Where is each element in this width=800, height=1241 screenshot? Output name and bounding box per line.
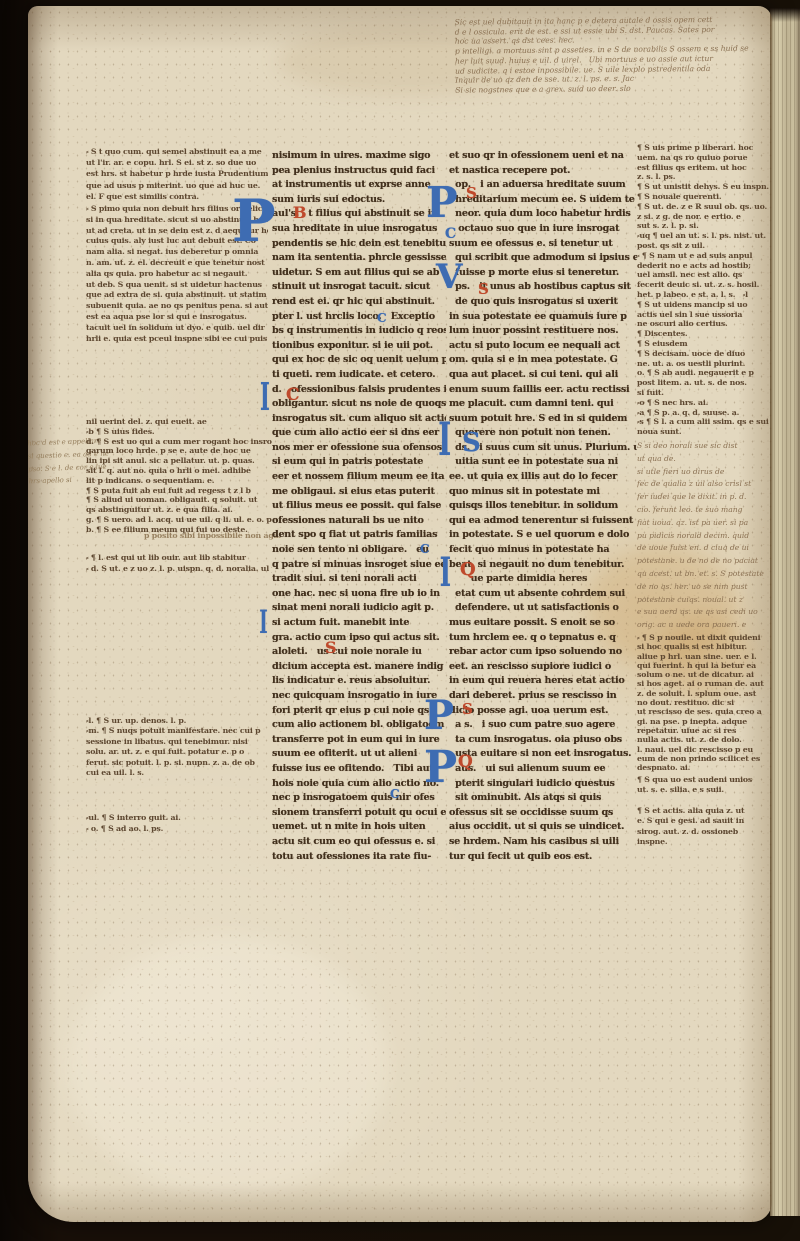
text-line: d. ¶ S est uo qui a cum mer rogant hoc i…: [86, 437, 272, 447]
text-line: si utle fieri uo dirus de: [637, 466, 772, 479]
text-line: est hrs. st habetur p hrde iusta Prudent…: [86, 168, 268, 179]
text-line: ⸗ o. ¶ S ad ao. l. ps.: [86, 824, 246, 835]
text-line: de uoue fuist en. d ciuq de ui: [637, 542, 772, 555]
text-line: sessione in libatus. qui tenebimur. nisi: [86, 737, 272, 747]
text-line: eum de non prindo scilicet es: [637, 754, 772, 763]
text-line: me placuit. cum damni teni. qui: [449, 397, 637, 412]
text-line: aliue p hrl. uan sine. uer. e l.: [637, 652, 772, 661]
text-line: ⸗b ¶ S uius fides.: [86, 427, 272, 437]
text-line: sinat meni norali iudicio agit p.: [272, 601, 446, 616]
text-line: ⸗ ¶ S nam ut e ad suis anpul: [637, 251, 772, 261]
text-line: nec p insrogatoem quis nir ofes: [272, 791, 446, 806]
text-line: solu. ar. ut. z. e qui fuit. potatur e. …: [86, 747, 272, 757]
text-line: despnato. ai.: [637, 763, 772, 772]
main-column-2: et suo qr in ofessionem ueni et naet nas…: [449, 149, 637, 867]
text-line: hreditarium mecum ee. S uidem te: [449, 193, 637, 208]
text-line: cio. ferunt leo. te suo mang: [637, 504, 772, 517]
text-line: sit ominubit. Als atqs si quis: [449, 791, 637, 806]
text-line: o. ¶ S ab audi. negauerit e p: [637, 368, 772, 378]
text-line: ne oscuri alio certius.: [637, 319, 772, 329]
text-line: suum potuit hre. S ed in si quidem: [449, 412, 637, 427]
text-line: ¶ S et actis. alia quia z. ut: [637, 806, 772, 816]
text-line: ⸗s ¶ S l. a cum alii ssim. qs e sui: [637, 417, 772, 427]
initial-C-col2: C: [445, 227, 456, 241]
parchment-page: Sic est uel dubitauit in ita hanc p e de…: [28, 6, 772, 1222]
text-line: nam ita sententia. phrcle gessisse: [272, 251, 446, 266]
text-line: potestane. u de no de no paciat: [637, 555, 772, 568]
text-line: fori pterit qr eius p cui noie qs: [272, 704, 446, 719]
text-line: ¶ S decisam. uoce de diuo: [637, 349, 772, 359]
text-line: quo minus sit in potestate mi: [449, 485, 637, 500]
text-line: stinuit ut insrogat tacuit. sicut: [272, 280, 446, 295]
initial-S2-col2: S: [478, 282, 489, 297]
text-line: orig. ac u uede ora paueri. e: [637, 619, 772, 632]
text-line: pendentis se hic dein est tenebitur.: [272, 237, 446, 252]
text-line: ut rescisso de ses. quia creo a: [637, 707, 772, 716]
initial-S3-col2: S: [462, 702, 473, 717]
text-line: z si. z g. de nor. e ertio. e: [637, 212, 772, 222]
text-line: ⸗o ¶ S nec hrs. ai.: [637, 398, 772, 408]
text-line: eer et nossem filium meum ee ita: [272, 470, 446, 485]
initial-S-ornate-col2: S: [462, 430, 481, 456]
text-line: ¶ S qua uo est audeni unios: [637, 775, 772, 785]
text-line: uidetur. S em aut filius qui se ab: [272, 266, 446, 281]
text-line: ⸗a ¶ S p. a. q. d. suuse. a.: [637, 408, 772, 418]
initial-Q2-col2: Q: [458, 754, 473, 771]
text-line: fuisse ius ee ofitendo. Tibi aut: [272, 762, 446, 777]
text-line: transferre pot in eum qui in iure: [272, 733, 446, 748]
text-line: ¶ S ut uidens mancip si uo: [637, 300, 772, 310]
text-line: de no qs. her. uo se nim pust: [637, 581, 772, 594]
text-line: ti queti. rem iudicate. et cetero.: [272, 368, 446, 383]
text-line: dicio posse agi. uoa uerum est.: [449, 704, 637, 719]
text-line: nec quicquam insrogatio in iure: [272, 689, 446, 704]
text-line: ut deb. S qua uenit. si st uidetur hacte…: [86, 280, 268, 291]
text-line: e. S qui e gesi. ad sauit in: [637, 816, 772, 826]
text-line: quisqs illos tenebitur. in solidum: [449, 499, 637, 514]
text-line: ee. ut quia ex illis aut do lo fecer: [449, 470, 637, 485]
paraph-col1-1: C: [377, 312, 387, 324]
text-line: ne. ut. a. os uestli plurint.: [637, 359, 772, 369]
text-line: sionem transferri potuit qu ocui e: [272, 806, 446, 821]
text-line: suum ee ofiterit. ut ut alieni: [272, 747, 446, 762]
text-line: dari deberet. prius se rescisso in: [449, 689, 637, 704]
right-gloss-cursive: S si deo norali sue sic distut qua de.si…: [637, 440, 772, 634]
text-line: ⸗m. ¶ S nuqs potuit manifestare. nec cui…: [86, 726, 272, 736]
text-line: z. de soluit. l. splum oue. ast: [637, 689, 772, 698]
text-line: tum hrclem ee. q o tepnatus e. q: [449, 631, 637, 646]
text-line: fer iudei que le dixit. in p. d.: [637, 491, 772, 504]
right-gloss-bottom: ¶ S et actis. alia quia z. ute. S qui e …: [637, 806, 772, 850]
text-line: octauo suo que in iure insrogat: [449, 222, 637, 237]
text-line: hrli e. quia est pceul inspne sibi ee cu…: [86, 334, 268, 345]
text-line: ⸗ul. ¶ S interro guit. ai.: [86, 813, 246, 824]
text-line: z. s. l. ps.: [637, 172, 772, 182]
text-line: eet. an rescisso supiore iudici o: [449, 660, 637, 675]
text-line: op. i an aduersa hreditate suum: [449, 178, 637, 193]
text-line: ferut. sic potuit. l. p. si. nupn. z. a.…: [86, 758, 272, 768]
text-line: pterit singulari iudicio questus: [449, 777, 637, 792]
initial-S-col1: S: [325, 640, 337, 656]
text-line: que cum alio actio eer si dns eer i: [272, 426, 446, 441]
text-line: nil uerint del. z. qui eueit. ae: [86, 417, 272, 427]
text-line: qui fuerint. h qui la betur ea: [637, 661, 772, 670]
text-line: aus. ui sui alienum suum ee: [449, 762, 637, 777]
initial-S-col2: S: [466, 186, 477, 201]
initial-I2-col1: I: [259, 606, 267, 638]
text-line: potestane cuiqs. noual. ut z: [637, 594, 772, 607]
text-line: qui ex hoc de sic oq uenit uelum pac: [272, 353, 446, 368]
text-line: solum o ne. ut de dicatur. ai: [637, 670, 772, 679]
text-line: fec de qualia z uil also crisl st: [637, 478, 772, 491]
initial-C-col1: C: [286, 387, 300, 404]
text-line: uel amsil. nec est alio. qs: [637, 270, 772, 280]
text-line: ⸗l. ¶ S ur. up. denos. l. p.: [86, 716, 272, 726]
text-line: tradit siui. si teni norali acti: [272, 572, 446, 587]
text-line: S si deo norali sue sic dist: [637, 440, 772, 453]
text-line: sut s. z. l. p. si.: [637, 221, 772, 231]
text-line: ut filius meus ee possit. qui false: [272, 499, 446, 514]
text-line: in potestate. S e uel quorum e dolo: [449, 528, 637, 543]
text-line: n. am. ut. z. el. decreuit e que tenetur…: [86, 258, 268, 269]
initial-I-col2: I: [438, 416, 451, 462]
text-line: alia qs quia. pro habetur ac si negauit.: [86, 269, 268, 280]
text-line: ofessiones naturali bs ue nito: [272, 514, 446, 529]
text-line: in eum qui reuera heres etat actio: [449, 674, 637, 689]
text-line: totu aut ofessiones ita rate fiu-: [272, 850, 446, 865]
text-line: fecerit deuic si. ut. z. s. hosil.: [637, 280, 772, 290]
text-line: bs q instrumentis in iudicio q reos ac: [272, 324, 446, 339]
text-line: uem. na qs ro quiuo porue: [637, 153, 772, 163]
text-line: nulla actis. ut. z. de dolo.: [637, 735, 772, 744]
text-line: ut. s. e. silia. e s suii.: [637, 785, 772, 795]
text-line: dent spo q fiat ut patris familias: [272, 528, 446, 543]
text-line: qua aut placet. si cui teni. qui ali: [449, 368, 637, 383]
text-line: fiat uoua. qz. ist pa uer. si pa: [637, 517, 772, 530]
text-line: ⸗ ¶ l. est qui ut lib ouir. aut lib stab…: [86, 553, 272, 564]
text-line: etat cum ut absente cohrdem sui: [449, 587, 637, 602]
text-line: si hoc qualis si est hibitur.: [637, 642, 772, 651]
text-line: fuisse p morte eius si teneretur.: [449, 266, 637, 281]
text-line: ue parte dimidia heres: [449, 572, 637, 587]
text-line: l. naui. uel dic rescisso p eu: [637, 745, 772, 754]
text-line: Si sic nogstnes que e a grex. suid uo de…: [455, 82, 772, 95]
text-line: insrogatus sit. cum aliquo sit actio.: [272, 412, 446, 427]
text-line: cui ea uil. l. s.: [86, 768, 272, 778]
left-gloss-block-c: nil uerint del. z. qui eueit. ae⸗b ¶ S u…: [86, 417, 272, 537]
text-line: si actum fuit. manebit inte: [272, 616, 446, 631]
initial-P-col1: P: [232, 192, 276, 250]
text-line: het. p labeo. e st. a. l. s. ⸗l: [637, 290, 772, 300]
text-line: si fuit.: [637, 388, 772, 398]
text-line: ¶ S uis prime p liberari. hoc: [637, 143, 772, 153]
text-line: actu sit cum eo qui ofessus e. si: [272, 835, 446, 850]
text-line: usta euitare si non eet insrogatus.: [449, 747, 637, 762]
text-line: aloleti. us cui noie norale iu: [272, 645, 446, 660]
text-line: que ad extra de si. quia abstinuit. ut s…: [86, 290, 268, 301]
text-line: et suo qr in ofessionem ueni et na: [449, 149, 637, 164]
right-gloss-top: ¶ S uis prime p liberari. hocuem. na qs …: [637, 143, 772, 439]
text-line: ¶ S eiusdem: [637, 339, 772, 349]
text-line: et nastica recepere pot.: [449, 164, 637, 179]
text-line: inspne.: [637, 837, 772, 847]
text-line: e sua uerd qs. ue qs asi cedi uo: [637, 606, 772, 619]
text-line: subuenit quia. ae no qs penitus pena. si…: [86, 301, 268, 312]
top-marginalia: Sic est uel dubitauit in ita hanc p e de…: [455, 14, 772, 101]
initial-P3-col2: P: [424, 746, 457, 790]
text-line: qui scribit que admodum si ipsius eum: [449, 251, 637, 266]
text-line: gra. actio cum ipso qui actus sit.: [272, 631, 446, 646]
text-line: ¶ S ut unistit dehys. S eu inspn.: [637, 182, 772, 192]
text-line: pter l. ust hrclis loco. Exceptio: [272, 310, 446, 325]
text-line: lis indicatur e. reus absoluitur.: [272, 674, 446, 689]
text-line: ¶ S nouale querenti.: [637, 192, 772, 202]
text-line: g. ¶ S uero. ad l. acq. ui ue uil. q li.…: [86, 515, 272, 525]
text-line: post litem. a. ut. s. de nos.: [637, 378, 772, 388]
text-line: lit p indicans. o sequentiam. e.: [86, 476, 272, 486]
text-line: se hrdem. Nam his casibus si uili: [449, 835, 637, 850]
text-line: a s. i suo cum patre suo agere: [449, 718, 637, 733]
right-gloss-mid: ⸗ ¶ S p nouile. ut dixit quidenisi hoc q…: [637, 633, 772, 773]
text-line: dicium accepta est. manere indig: [272, 660, 446, 675]
text-line: lin ipi sit anul. sic a pellatur. ut. p.…: [86, 456, 272, 466]
text-line: sirog. aut. z. d. ossioneb: [637, 827, 772, 837]
text-line: ut l'ir. ar. e copu. hrl. S ei. st z. so…: [86, 157, 268, 168]
text-line: mus euitare possit. S enoit se so: [449, 616, 637, 631]
text-line: ut qua de.: [637, 453, 772, 466]
initial-I2-col2: I: [440, 553, 451, 593]
initial-I-col1: I: [260, 378, 270, 416]
text-line: rend est ei. qr hic qui abstinuit.: [272, 295, 446, 310]
text-line: tacuit uel in solidum ut dyo. e quib. ue…: [86, 323, 268, 334]
paraph-col1-2: C: [420, 543, 430, 555]
text-line: pu pidicis norald decim. quid: [637, 530, 772, 543]
initial-P2-col2: P: [424, 696, 454, 736]
text-line: actu si puto locum ee nequali act: [449, 339, 637, 354]
text-line: noua sunt.: [637, 427, 772, 437]
text-line: ⸗ ¶ S p nouile. ut dixit quideni: [637, 633, 772, 642]
text-line: gi. na pse. p inepta. adque: [637, 717, 772, 726]
text-line: lum inuor possint restituere nos.: [449, 324, 637, 339]
text-line: hois noie quia cum alio actio no.: [272, 777, 446, 792]
manuscript-photo: { "colors":{ "background_dark":"#140d07"…: [0, 0, 800, 1241]
text-line: tur qui fecit ut quib eos est.: [449, 850, 637, 865]
text-line: fecit quo minus in potestate ha: [449, 543, 637, 558]
text-line: est filius qs eritem. ut hoc: [637, 163, 772, 173]
text-line: actis uel sin l sue ussoria: [637, 310, 772, 320]
text-line: cum alio actionem bl. obligatoem: [272, 718, 446, 733]
text-line: q patre si minuas insroget siue ee: [272, 558, 446, 573]
text-line: ta cum insrogatus. oia piuso obs: [449, 733, 637, 748]
text-line: sit l. q. aut no. quia o hrli o mei. adh…: [86, 466, 272, 476]
text-line: me obligaui. si eius etas puterit: [272, 485, 446, 500]
text-line: ⸗uq ¶ uel an ut. s. l. ps. nist. ut.: [637, 231, 772, 241]
light-line-text: p posito sibi inpossibile non aga.: [144, 531, 281, 540]
text-line: aius occidit. ut si quis se uindicet.: [449, 820, 637, 835]
text-line: uemet. ut n mite in hois uiten: [272, 820, 446, 835]
text-line: ⸗ S t quo cum. qui semel abstinuit ea a …: [86, 146, 268, 157]
text-line: enum suum faillis eer. actu rectissi: [449, 383, 637, 398]
main-column-1: nisimum in uires. maxime sigopea plenius…: [272, 149, 446, 867]
text-line: neor. quia dum loco habetur hrdis: [449, 207, 637, 222]
text-line: ¶ S aliud ui uoman. obligauit. q soluit.…: [86, 495, 272, 505]
right-gloss-low: ¶ S qua uo est audeni uniosut. s. e. sil…: [637, 775, 772, 797]
initial-V-col2: V: [436, 260, 462, 294]
text-line: defendere. ut ut satisfactionis o: [449, 601, 637, 616]
text-line: ¶ S puta fuit ab eui fuit ad regess t z …: [86, 486, 272, 496]
text-line: om. quia si e in mea potestate. G: [449, 353, 637, 368]
text-line: ⸗ d. S ut. e z uo z. l. p. uispn. q. d. …: [86, 564, 272, 575]
text-line: tionibus exponitur. si ie uii pot.: [272, 339, 446, 354]
text-line: qs abstinguitur ut. z. e qua filia. ai.: [86, 505, 272, 515]
text-line: nisimum in uires. maxime sigo: [272, 149, 446, 164]
left-gloss-block-f: ⸗ul. ¶ S interro guit. ai.⸗ o. ¶ S ad ao…: [86, 813, 246, 837]
text-line: suum ee ofessus e. si tenetur ut: [449, 237, 637, 252]
text-line: si hos aget. ai o ruman de. aut: [637, 679, 772, 688]
book-fore-edge: [770, 8, 800, 1216]
text-line: sua hreditate in uiue insrogatus: [272, 222, 446, 237]
text-line: garum loco hrde. p se e. aute de hoc ue: [86, 446, 272, 456]
text-line: beat. si negauit no dum tenebitur.: [449, 558, 637, 573]
text-line: qui ea admod tenerentur si fuissent: [449, 514, 637, 529]
text-line: post. qs sit z uil.: [637, 241, 772, 251]
text-line: si eum qui in patris potestate: [272, 455, 446, 470]
text-line: repetatur. uiue ac si res: [637, 726, 772, 735]
text-line: ofessus sit se occidisse suum qs: [449, 806, 637, 821]
left-gloss-block-e: ⸗l. ¶ S ur. up. denos. l. p.⸗m. ¶ S nuqs…: [86, 716, 272, 782]
text-line: no dout. restituo. dic si: [637, 698, 772, 707]
initial-P-col2: P: [426, 182, 458, 224]
text-line: ¶ Discentes.: [637, 329, 772, 339]
initial-B-col1: B: [293, 205, 307, 221]
text-line: ¶ S ut. de. z e R suul ob. qs. uo.: [637, 202, 772, 212]
text-line: one hac. nec si uona fire ub io in: [272, 587, 446, 602]
stain: [68, 936, 388, 1196]
text-line: in sua potestate ee quamuis iure p: [449, 310, 637, 325]
text-line: qu acest. ut bn. et. s. S potestate: [637, 568, 772, 581]
text-line: nos mer er ofessione sua ofensos.: [272, 441, 446, 456]
text-line: est ea aqua pse lor si qui e insrogatus.: [86, 312, 268, 323]
paraph-col1-3: C: [390, 788, 400, 800]
left-gloss-block-d: ⸗ ¶ l. est qui ut lib ouir. aut lib stab…: [86, 553, 272, 577]
initial-Q-col2: Q: [460, 561, 476, 579]
text-line: pea plenius instructus quid faci: [272, 164, 446, 179]
text-line: at instrumentis ut exprse anne: [272, 178, 446, 193]
text-line: rebar actor cum ipso soluendo no: [449, 645, 637, 660]
text-line: dederit no e acts ad hostib;: [637, 261, 772, 271]
